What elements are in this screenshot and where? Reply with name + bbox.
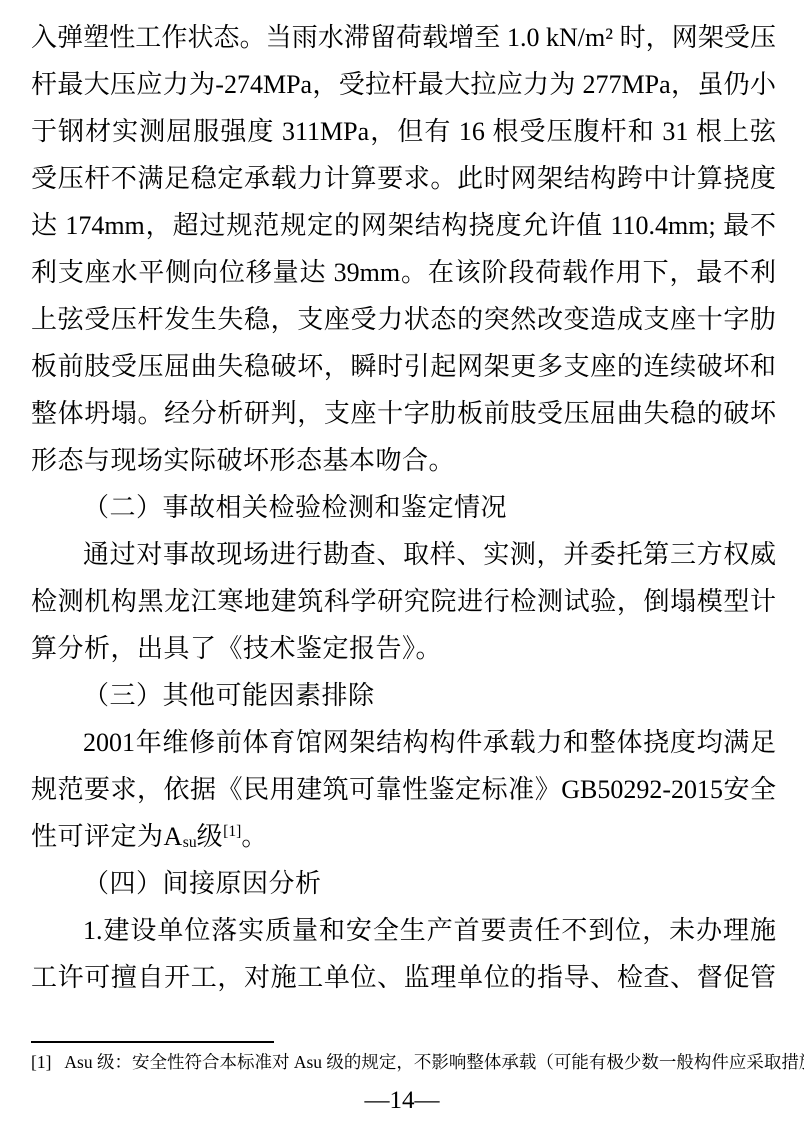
paragraph-line: 1.建设单位落实质量和安全生产首要责任不到位，未办理施 (31, 907, 776, 954)
section-heading-2: （二）事故相关检验检测和鉴定情况 (31, 484, 776, 531)
section-heading-4: （四）间接原因分析 (31, 860, 776, 907)
paragraph-line: 利支座水平侧向位移量达 39mm。在该阶段荷载作用下，最不利 (31, 249, 776, 296)
paragraph-line: 入弹塑性工作状态。当雨水滞留荷载增至 1.0 kN/m² 时，网架受压 (31, 14, 776, 61)
paragraph-line: 板前肢受压屈曲失稳破坏，瞬时引起网架更多支座的连续破坏和 (31, 343, 776, 390)
paragraph-line: 于钢材实测屈服强度 311MPa，但有 16 根受压腹杆和 31 根上弦 (31, 108, 776, 155)
paragraph-line: 达 174mm，超过规范规定的网架结构挠度允许值 110.4mm; 最不 (31, 202, 776, 249)
paragraph-line: 上弦受压杆发生失稳，支座受力状态的突然改变造成支座十字肋 (31, 296, 776, 343)
paragraph-line: 工许可擅自开工，对施工单位、监理单位的指导、检查、督促管 (31, 954, 776, 1001)
paragraph-line: 杆最大压应力为-274MPa，受拉杆最大拉应力为 277MPa，虽仍小 (31, 61, 776, 108)
page-number: —14— (0, 1086, 804, 1116)
paragraph-line: 检测机构黑龙江寒地建筑科学研究院进行检测试验，倒塌模型计 (31, 578, 776, 625)
footnote-marker: [1] (31, 1049, 51, 1076)
footnote-text: Asu 级：安全性符合本标准对 Asu 级的规定，不影响整体承载（可能有极少数一… (64, 1052, 804, 1072)
paragraph-line: 2001年维修前体育馆网架结构构件承载力和整体挠度均满足 (31, 719, 776, 766)
asu-line-pre: 性可评定为A (31, 822, 183, 851)
document-page: 入弹塑性工作状态。当雨水滞留荷载增至 1.0 kN/m² 时，网架受压 杆最大压… (0, 0, 804, 1126)
section-heading-3: （三）其他可能因素排除 (31, 672, 776, 719)
paragraph-line: 形态与现场实际破坏形态基本吻合。 (31, 437, 776, 484)
paragraph-line: 通过对事故现场进行勘查、取样、实测，并委托第三方权威 (31, 531, 776, 578)
paragraph-line: 受压杆不满足稳定承载力计算要求。此时网架结构跨中计算挠度 (31, 155, 776, 202)
paragraph-line: 算分析，出具了《技术鉴定报告》。 (31, 625, 776, 672)
asu-line-mid: 级 (197, 822, 224, 851)
footnote-separator (31, 1041, 274, 1043)
paragraph-line-asu: 性可评定为Asu级[1]。 (31, 813, 776, 860)
asu-subscript: su (183, 834, 197, 851)
body-text: 入弹塑性工作状态。当雨水滞留荷载增至 1.0 kN/m² 时，网架受压 杆最大压… (31, 14, 776, 1001)
footnote-reference-mark: [1] (223, 823, 241, 840)
footnote: [1]Asu 级：安全性符合本标准对 Asu 级的规定，不影响整体承载（可能有极… (31, 1049, 776, 1076)
paragraph-line: 规范要求，依据《民用建筑可靠性鉴定标准》GB50292-2015安全 (31, 766, 776, 813)
asu-line-post: 。 (241, 822, 268, 851)
paragraph-line: 整体坍塌。经分析研判，支座十字肋板前肢受压屈曲失稳的破坏 (31, 390, 776, 437)
